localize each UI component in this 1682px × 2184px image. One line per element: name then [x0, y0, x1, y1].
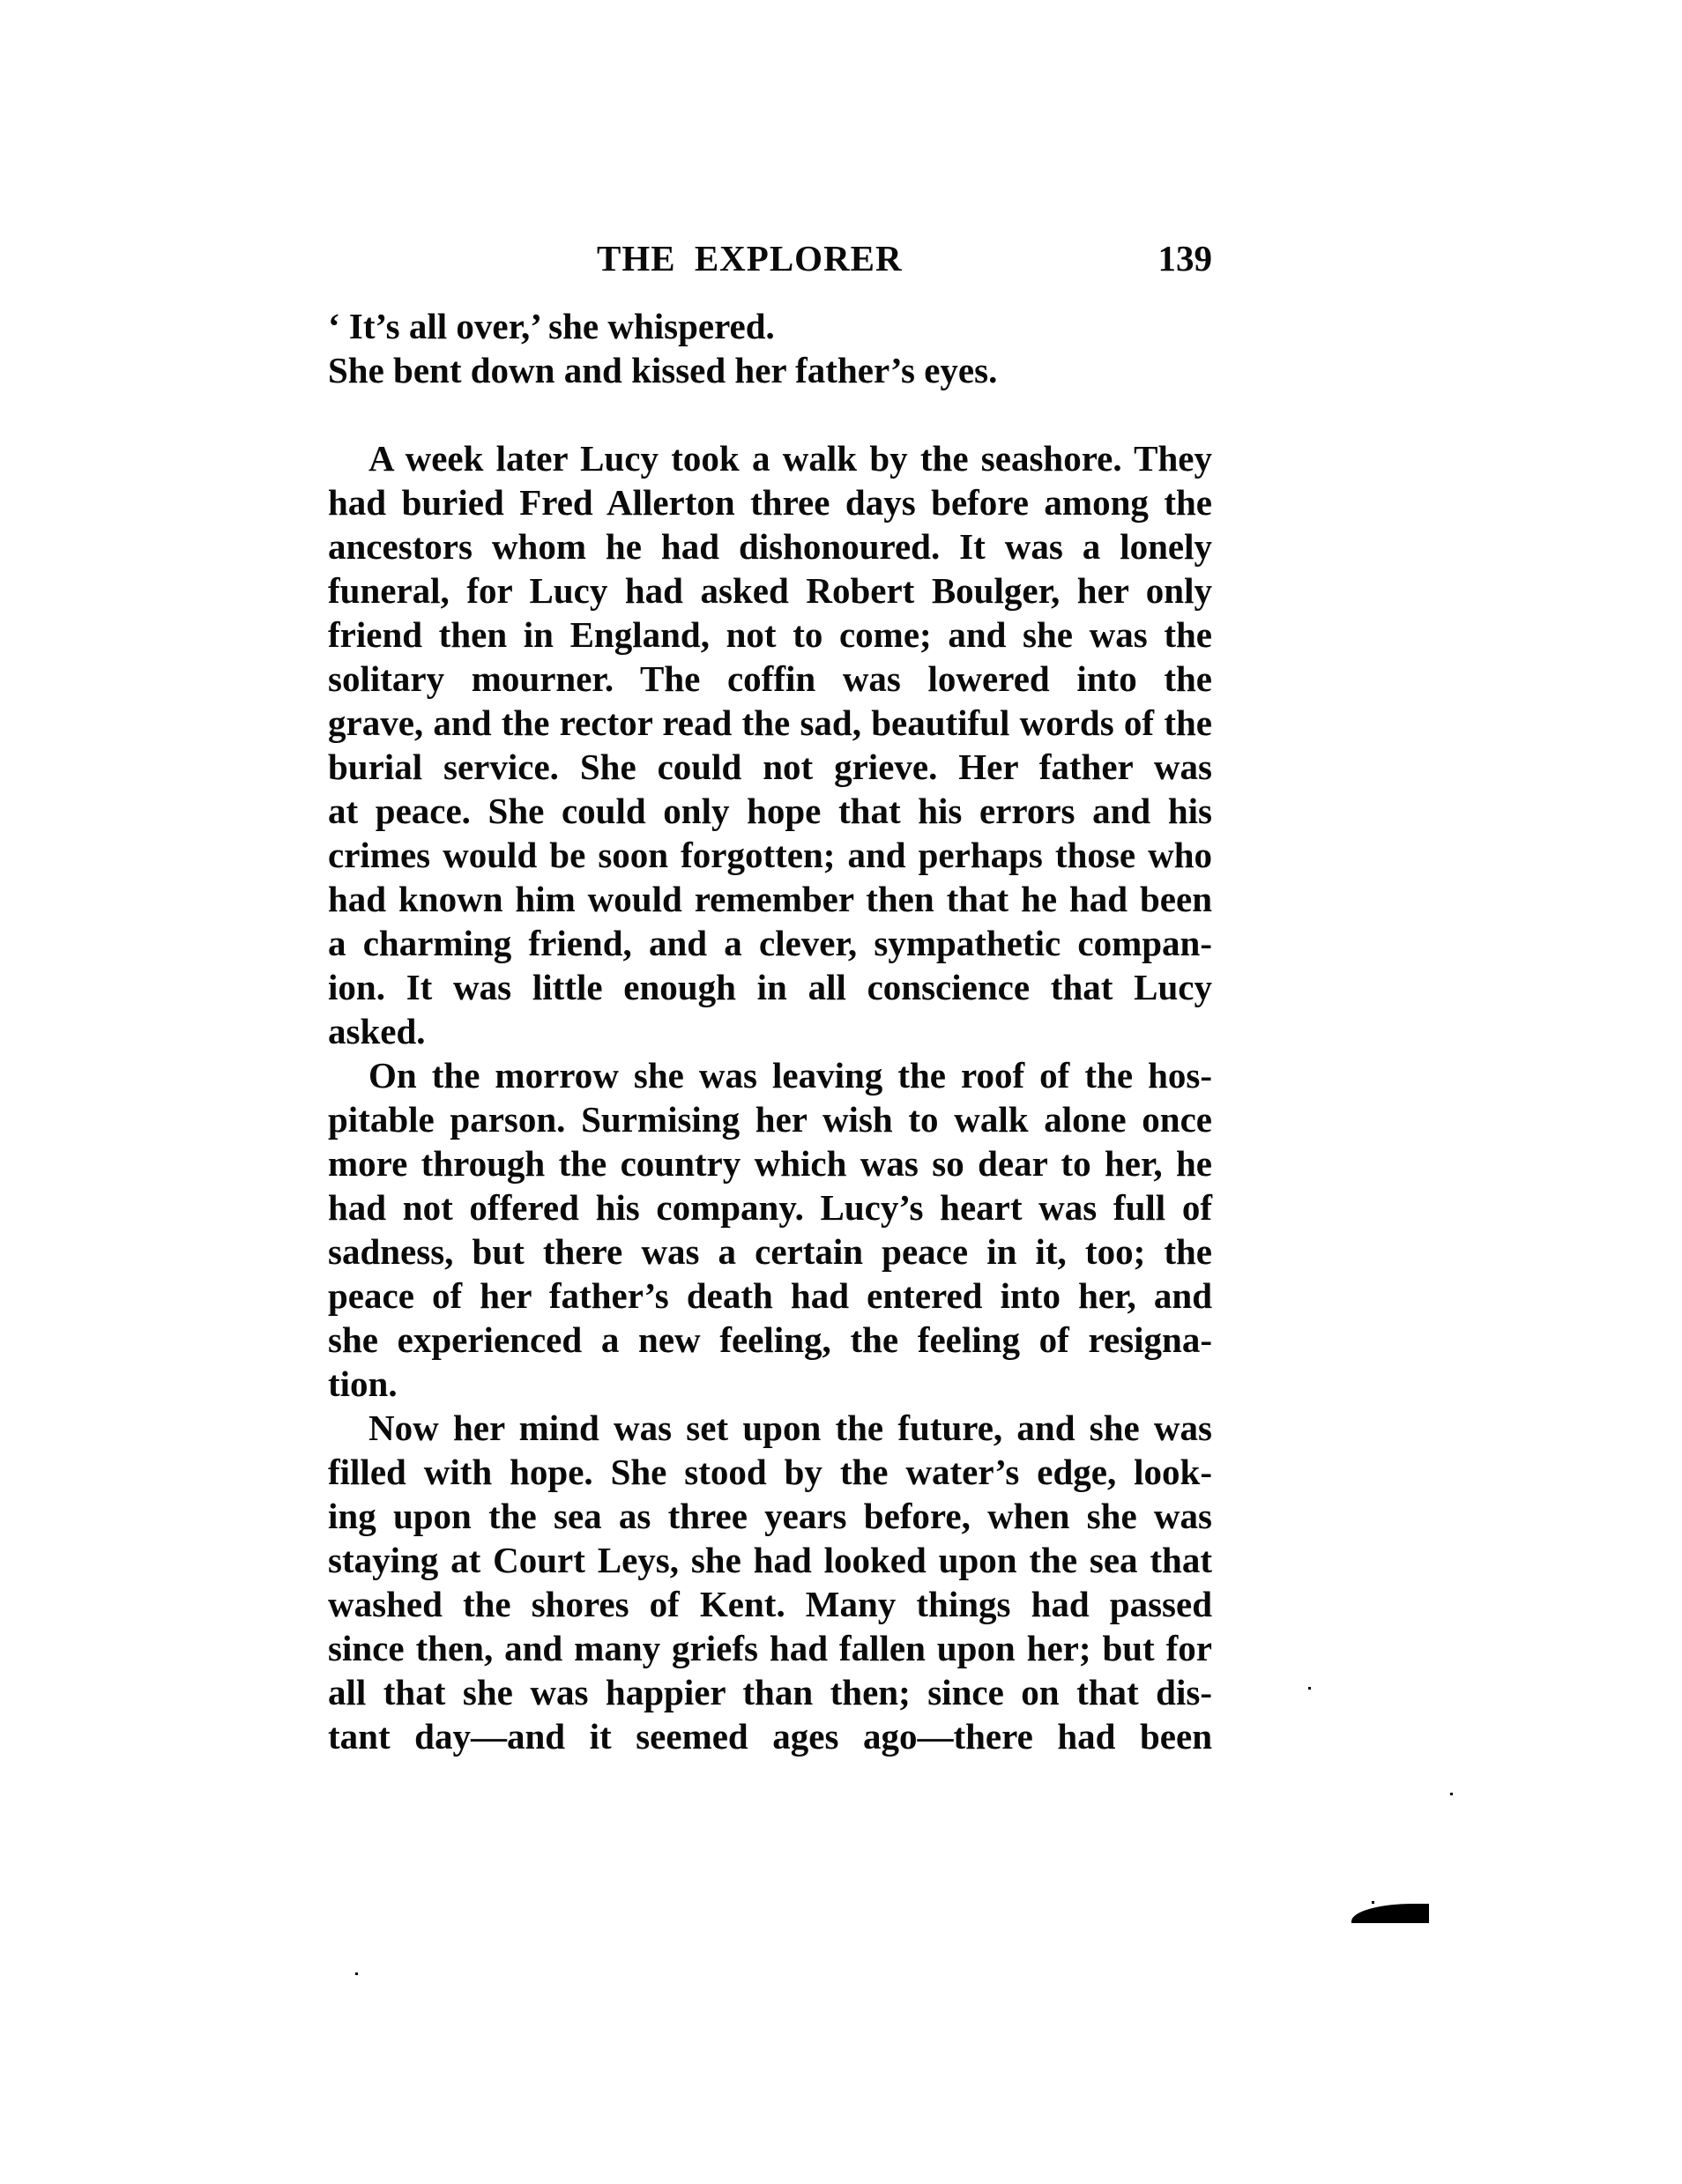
text-line: washed the shores of Kent. Many things h…	[328, 1582, 1212, 1626]
book-page: THE EXPLORER 139 ‘ It’s all over,’ she w…	[0, 0, 1682, 2184]
text-line: filled with hope. She stood by the water…	[328, 1450, 1212, 1494]
text-line: A week later Lucy took a walk by the sea…	[328, 436, 1212, 480]
paragraph: On the morrow she was leaving the roof o…	[328, 1053, 1212, 1406]
text-line: sadness, but there was a certain peace i…	[328, 1229, 1212, 1274]
text-line: funeral, for Lucy had asked Robert Boulg…	[328, 568, 1212, 613]
text-line: ing upon the sea as three years before, …	[328, 1494, 1212, 1538]
text-line: On the morrow she was leaving the roof o…	[328, 1053, 1212, 1097]
text-line: ancestors whom he had dishonoured. It wa…	[328, 524, 1212, 568]
paragraph: Now her mind was set upon the future, an…	[328, 1406, 1212, 1758]
text-line: asked.	[328, 1009, 1212, 1053]
section-break	[328, 392, 1212, 436]
text-line: solitary mourner. The coffin was lowered…	[328, 657, 1212, 701]
scan-speck	[1308, 1687, 1311, 1690]
running-head: THE EXPLORER 139	[328, 236, 1212, 280]
text-line: crimes would be soon forgotten; and perh…	[328, 833, 1212, 877]
text-line: Now her mind was set upon the future, an…	[328, 1406, 1212, 1450]
text-line: more through the country which was so de…	[328, 1141, 1212, 1185]
running-title: THE EXPLORER	[597, 236, 903, 280]
text-line: had not offered his company. Lucy’s hear…	[328, 1185, 1212, 1229]
ink-blot	[1351, 1904, 1429, 1923]
text-line: tant day—and it seemed ages ago—there ha…	[328, 1714, 1212, 1758]
scan-speck	[1450, 1793, 1453, 1795]
text-line: ion. It was little enough in all conscie…	[328, 965, 1212, 1009]
text-line: burial service. She could not grieve. He…	[328, 745, 1212, 789]
text-line: all that she was happier than then; sinc…	[328, 1670, 1212, 1714]
text-line: at peace. She could only hope that his e…	[328, 789, 1212, 833]
text-line: pitable parson. Surmising her wish to wa…	[328, 1097, 1212, 1141]
text-line: had known him would remember then that h…	[328, 877, 1212, 921]
text-line: had buried Fred Allerton three days befo…	[328, 480, 1212, 524]
text-line: friend then in England, not to come; and…	[328, 613, 1212, 657]
body-text: ‘ It’s all over,’ she whispered. She ben…	[328, 304, 1212, 1758]
text-line: since then, and many griefs had fallen u…	[328, 1626, 1212, 1670]
text-line: grave, and the rector read the sad, beau…	[328, 701, 1212, 745]
text-line: staying at Court Leys, she had looked up…	[328, 1538, 1212, 1582]
page-number: 139	[1158, 236, 1213, 280]
text-line: ‘ It’s all over,’ she whispered.	[328, 304, 1212, 348]
text-line: peace of her father’s death had entered …	[328, 1274, 1212, 1318]
text-line: She bent down and kissed her father’s ey…	[328, 348, 1212, 392]
text-line: a charming friend, and a clever, sympath…	[328, 921, 1212, 965]
scan-speck	[355, 1972, 358, 1975]
paragraph: A week later Lucy took a walk by the sea…	[328, 436, 1212, 1053]
scan-speck	[1372, 1901, 1374, 1904]
text-line: tion.	[328, 1362, 1212, 1406]
text-line: she experienced a new feeling, the feeli…	[328, 1318, 1212, 1362]
